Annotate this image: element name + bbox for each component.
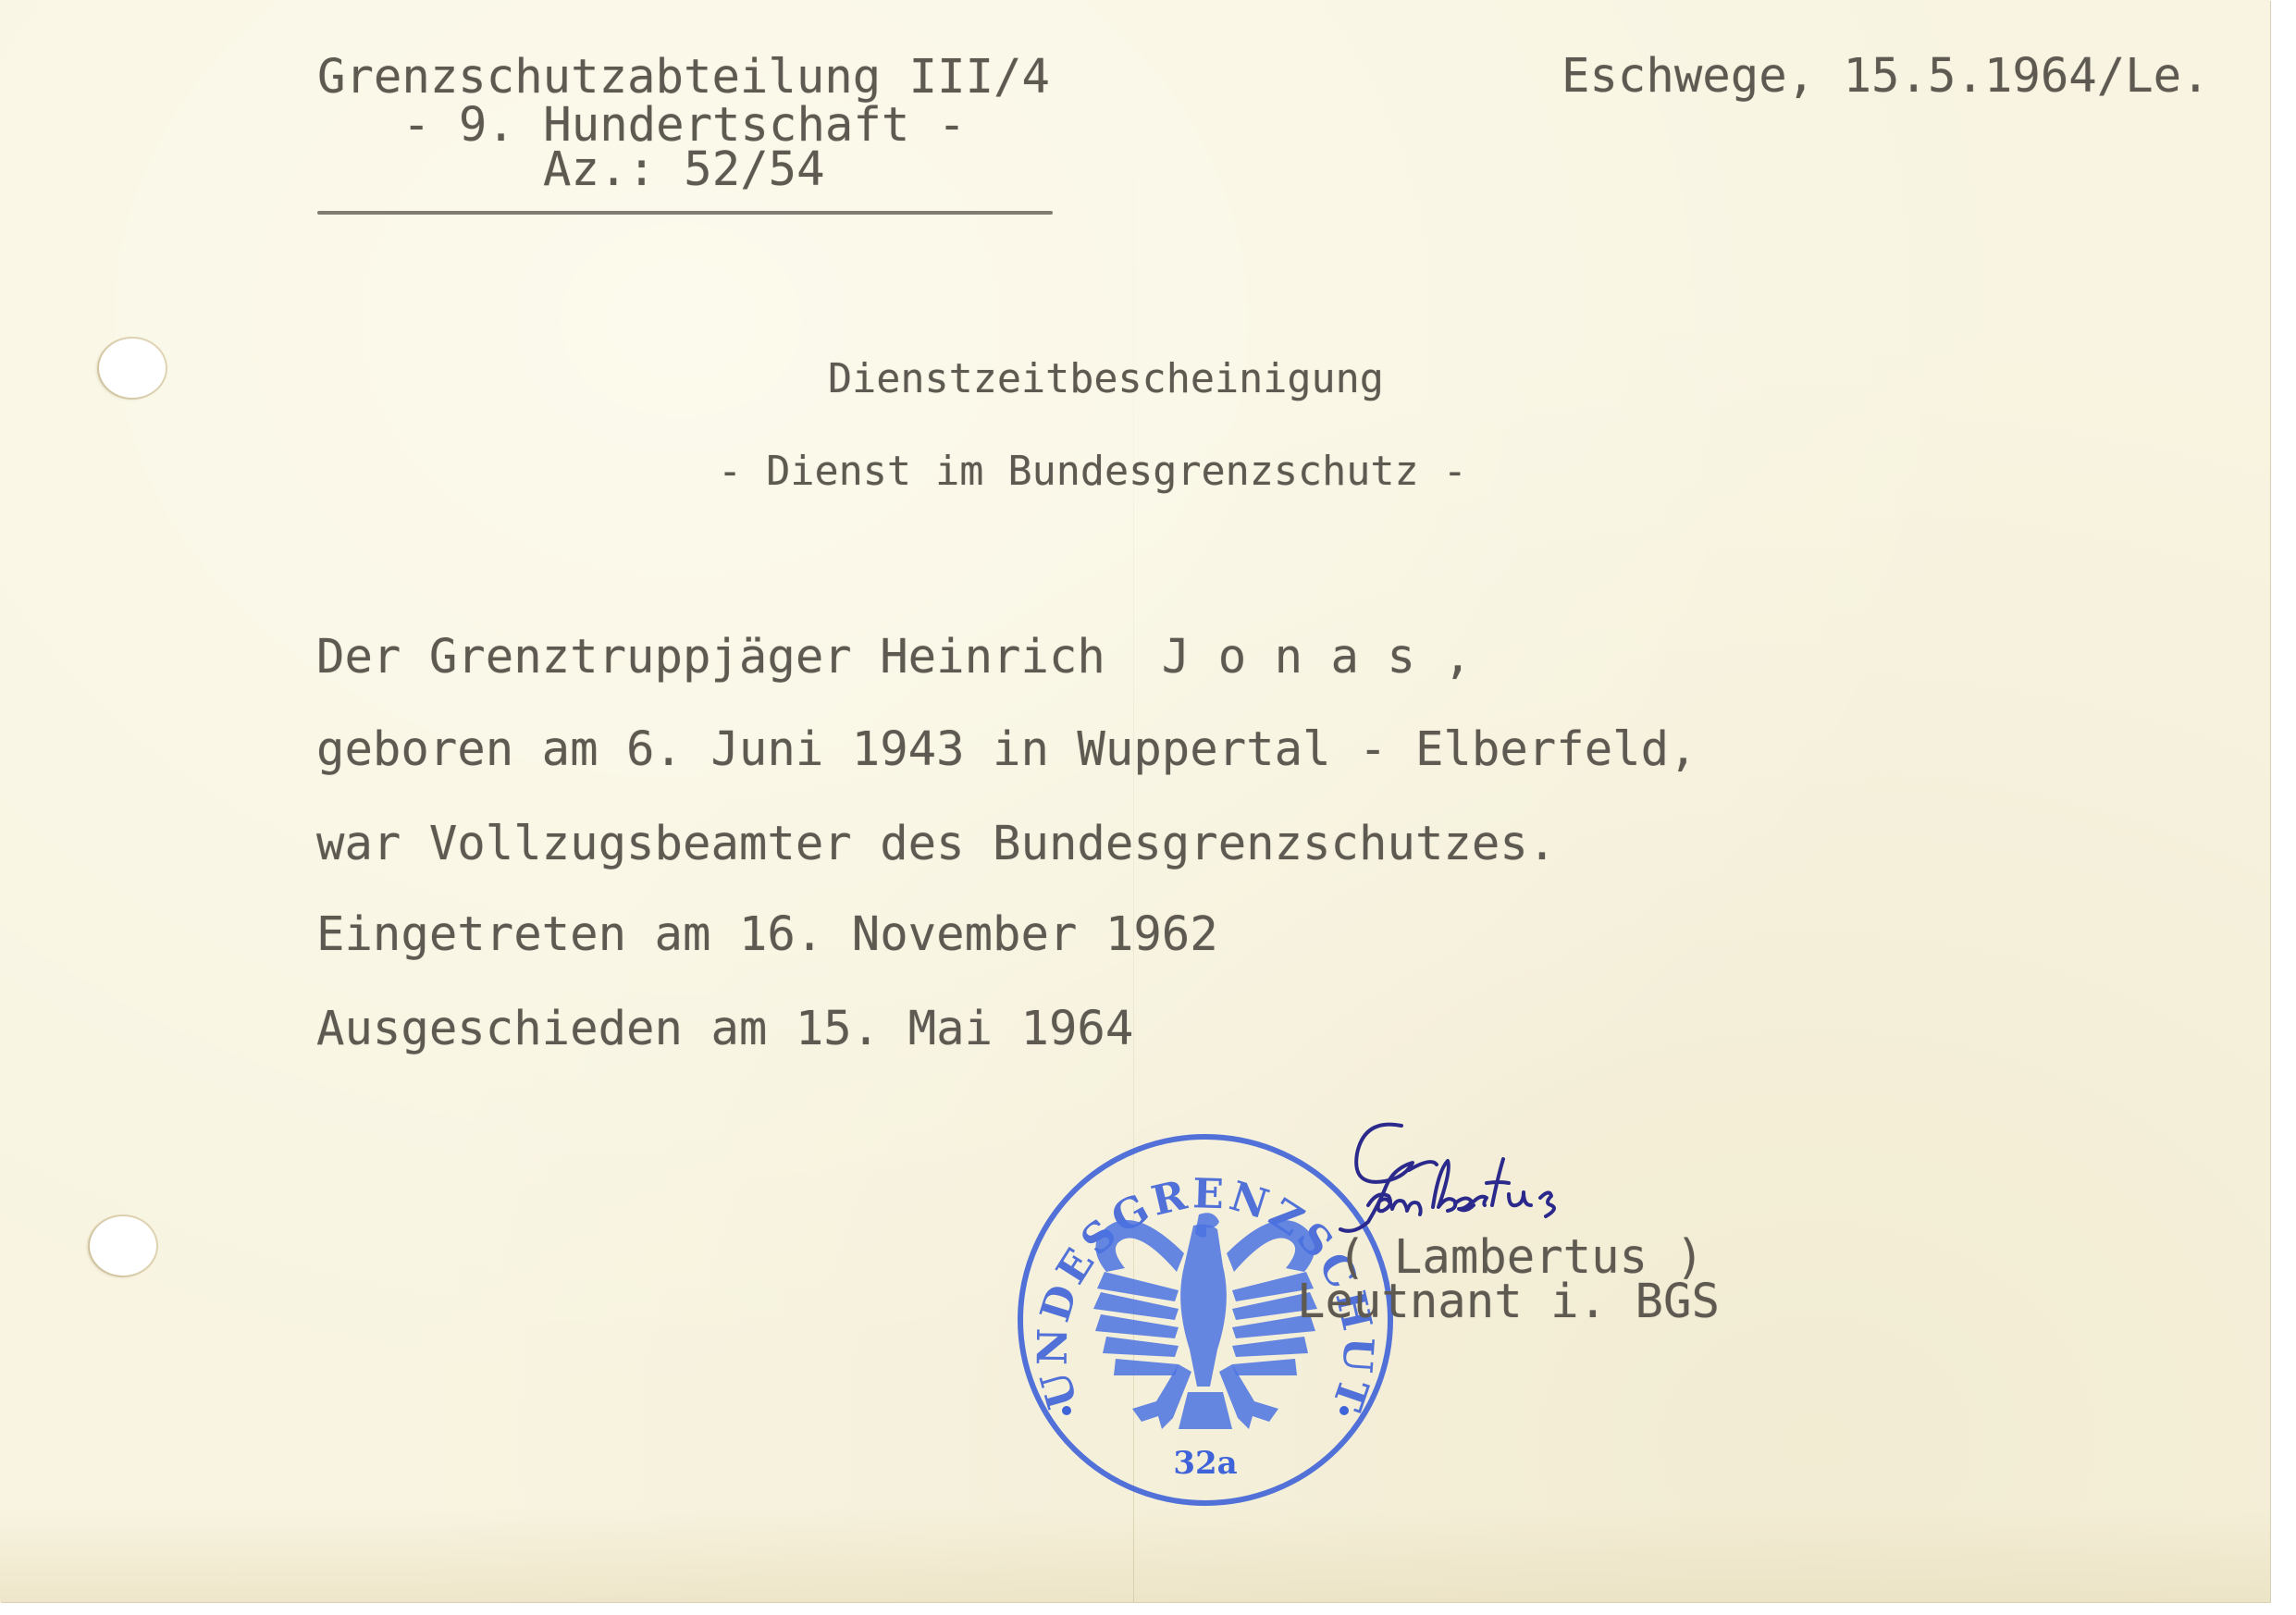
place-date: Eschwege, 15.5.1964/Le. (1562, 53, 2210, 100)
stamp-number: 32a (1173, 1445, 1237, 1482)
document-subtitle: - Dienst im Bundesgrenzschutz - (718, 452, 1467, 492)
document-paper: Grenzschutzabteilung III/4 - 9. Hunderts… (0, 0, 2270, 1602)
reference-number: Az.: 52/54 (543, 146, 825, 193)
body-line: geboren am 6. Juni 1943 in Wuppertal - E… (316, 726, 1697, 773)
header-rule (317, 211, 1053, 215)
document-title: Dienstzeitbescheinigung (828, 360, 1384, 400)
body-line: Eingetreten am 16. November 1962 (316, 911, 1218, 958)
body-line: Ausgeschieden am 15. Mai 1964 (316, 1005, 1133, 1053)
punch-hole-bottom (90, 1216, 156, 1276)
handwritten-signature (1337, 1105, 1614, 1244)
body-line: war Vollzugsbeamter des Bundesgrenzschut… (316, 820, 1556, 868)
body-line: Der Grenztruppjäger Heinrich J o n a s , (316, 634, 1472, 681)
eagle-icon (1093, 1213, 1317, 1429)
signatory-rank: Leutnant i. BGS (1297, 1278, 1720, 1325)
punch-hole-top (99, 339, 166, 398)
office-name: Grenzschutzabteilung III/4 (317, 54, 1050, 101)
